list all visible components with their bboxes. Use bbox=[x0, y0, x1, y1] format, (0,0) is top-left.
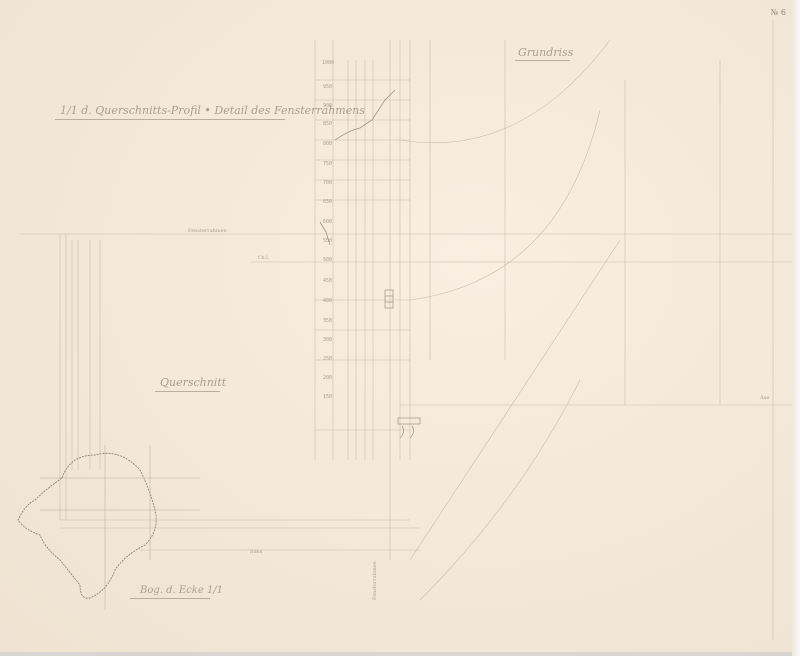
scale-tick: 900 bbox=[323, 103, 332, 109]
grundriss-label: Grundriss bbox=[518, 46, 573, 59]
scale-tick: 500 bbox=[323, 257, 332, 263]
scale-tick: 1000 bbox=[322, 60, 334, 66]
scale-tick: 850 bbox=[323, 121, 332, 127]
scale-tick: 700 bbox=[323, 180, 332, 186]
scale-tick: 600 bbox=[323, 219, 332, 225]
corner-detail-label: Bog. d. Ecke 1/1 bbox=[140, 585, 223, 596]
scale-tick: 550 bbox=[323, 238, 332, 244]
page-number: № 6 bbox=[771, 8, 786, 17]
small-mark-1: f.h.l. bbox=[258, 255, 269, 261]
drawing-title: 1/1 d. Querschnitts-Profil • Detail des … bbox=[60, 104, 365, 117]
scale-tick: 350 bbox=[323, 318, 332, 324]
section-underline bbox=[155, 391, 220, 392]
paper-edge bbox=[792, 0, 800, 656]
small-mark-2: Sims bbox=[250, 549, 262, 555]
scale-tick: 650 bbox=[323, 199, 332, 205]
scale-tick: 250 bbox=[323, 356, 332, 362]
grundriss-underline bbox=[515, 60, 570, 61]
section-label: Querschnitt bbox=[160, 376, 226, 389]
scale-tick: 950 bbox=[323, 84, 332, 90]
scale-tick: 800 bbox=[323, 141, 332, 147]
corner-detail-underline bbox=[130, 598, 210, 599]
scale-tick: 150 bbox=[323, 394, 332, 400]
vertical-label: Fensterrahmen bbox=[372, 561, 378, 600]
frame-mark: Fensterrahmen bbox=[188, 228, 227, 234]
scale-tick: 300 bbox=[323, 337, 332, 343]
drawing-sheet: 1/1 d. Querschnitts-Profil • Detail des … bbox=[0, 0, 792, 652]
scale-tick: 750 bbox=[323, 161, 332, 167]
title-underline bbox=[55, 119, 285, 120]
pencil-construction-lines bbox=[0, 0, 792, 652]
axis-mark: Axe bbox=[760, 395, 769, 401]
scale-tick: 200 bbox=[323, 375, 332, 381]
scale-tick: 400 bbox=[323, 298, 332, 304]
scale-tick: 450 bbox=[323, 278, 332, 284]
